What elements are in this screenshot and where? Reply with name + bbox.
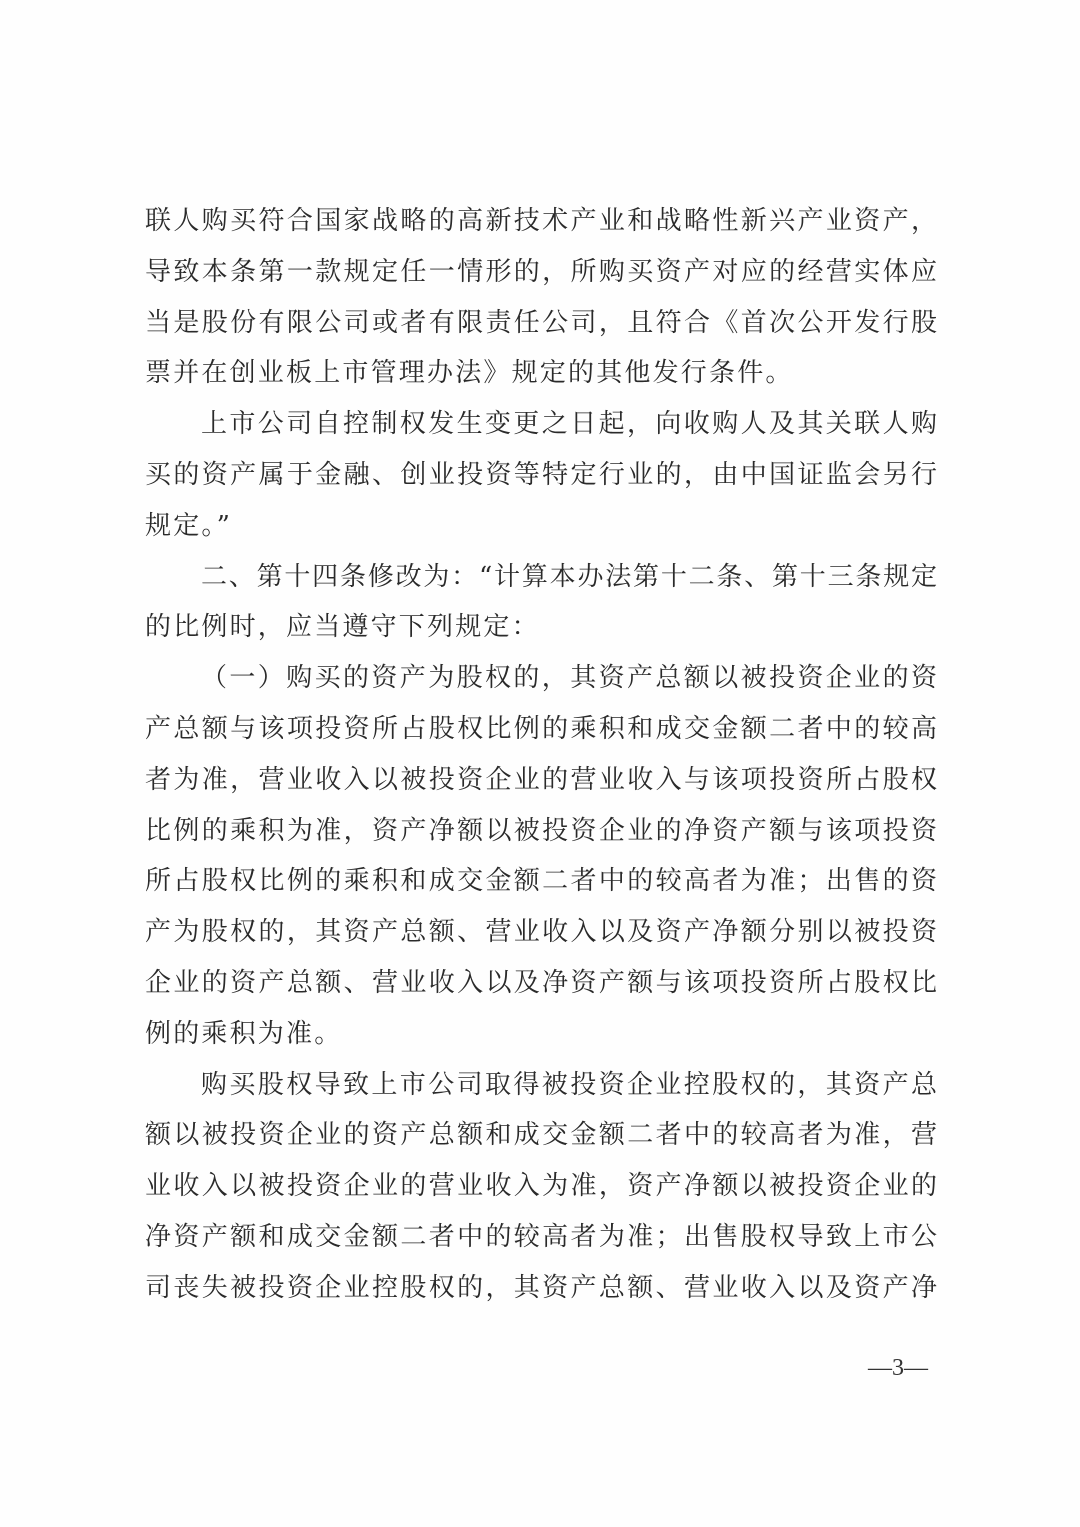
- text-line: 产总额与该项投资所占股权比例的乘积和成交金额二者中的较高: [145, 704, 937, 755]
- document-body: 联人购买符合国家战略的高新技术产业和战略性新兴产业资产， 导致本条第一款规定任一…: [145, 196, 937, 1314]
- text-line: 企业的资产总额、营业收入以及净资产额与该项投资所占股权比: [145, 958, 937, 1009]
- text-line: 例的乘积为准。: [145, 1009, 937, 1060]
- text-line: 业收入以被投资企业的营业收入为准，资产净额以被投资企业的: [145, 1161, 937, 1212]
- text-line: 买的资产属于金融、创业投资等特定行业的，由中国证监会另行: [145, 450, 937, 501]
- text-line: 当是股份有限公司或者有限责任公司，且符合《首次公开发行股: [145, 298, 937, 349]
- text-line: 规定。”: [145, 501, 937, 552]
- text-line: 联人购买符合国家战略的高新技术产业和战略性新兴产业资产，: [145, 196, 937, 247]
- text-line: 所占股权比例的乘积和成交金额二者中的较高者为准；出售的资: [145, 856, 937, 907]
- text-line: 二、第十四条修改为：“计算本办法第十二条、第十三条规定: [145, 552, 937, 603]
- text-line: 净资产额和成交金额二者中的较高者为准；出售股权导致上市公: [145, 1212, 937, 1263]
- text-line: 的比例时，应当遵守下列规定：: [145, 602, 937, 653]
- document-page: 联人购买符合国家战略的高新技术产业和战略性新兴产业资产， 导致本条第一款规定任一…: [0, 0, 1080, 1527]
- text-line: 购买股权导致上市公司取得被投资企业控股权的，其资产总: [145, 1060, 937, 1111]
- text-line: （一）购买的资产为股权的，其资产总额以被投资企业的资: [145, 653, 937, 704]
- page-number: —3—: [858, 1355, 938, 1382]
- text-line: 者为准，营业收入以被投资企业的营业收入与该项投资所占股权: [145, 755, 937, 806]
- text-line: 产为股权的，其资产总额、营业收入以及资产净额分别以被投资: [145, 907, 937, 958]
- text-line: 司丧失被投资企业控股权的，其资产总额、营业收入以及资产净: [145, 1263, 937, 1314]
- text-line: 上市公司自控制权发生变更之日起，向收购人及其关联人购: [145, 399, 937, 450]
- text-line: 额以被投资企业的资产总额和成交金额二者中的较高者为准，营: [145, 1110, 937, 1161]
- text-line: 票并在创业板上市管理办法》规定的其他发行条件。: [145, 348, 937, 399]
- text-line: 导致本条第一款规定任一情形的，所购买资产对应的经营实体应: [145, 247, 937, 298]
- text-line: 比例的乘积为准，资产净额以被投资企业的净资产额与该项投资: [145, 806, 937, 857]
